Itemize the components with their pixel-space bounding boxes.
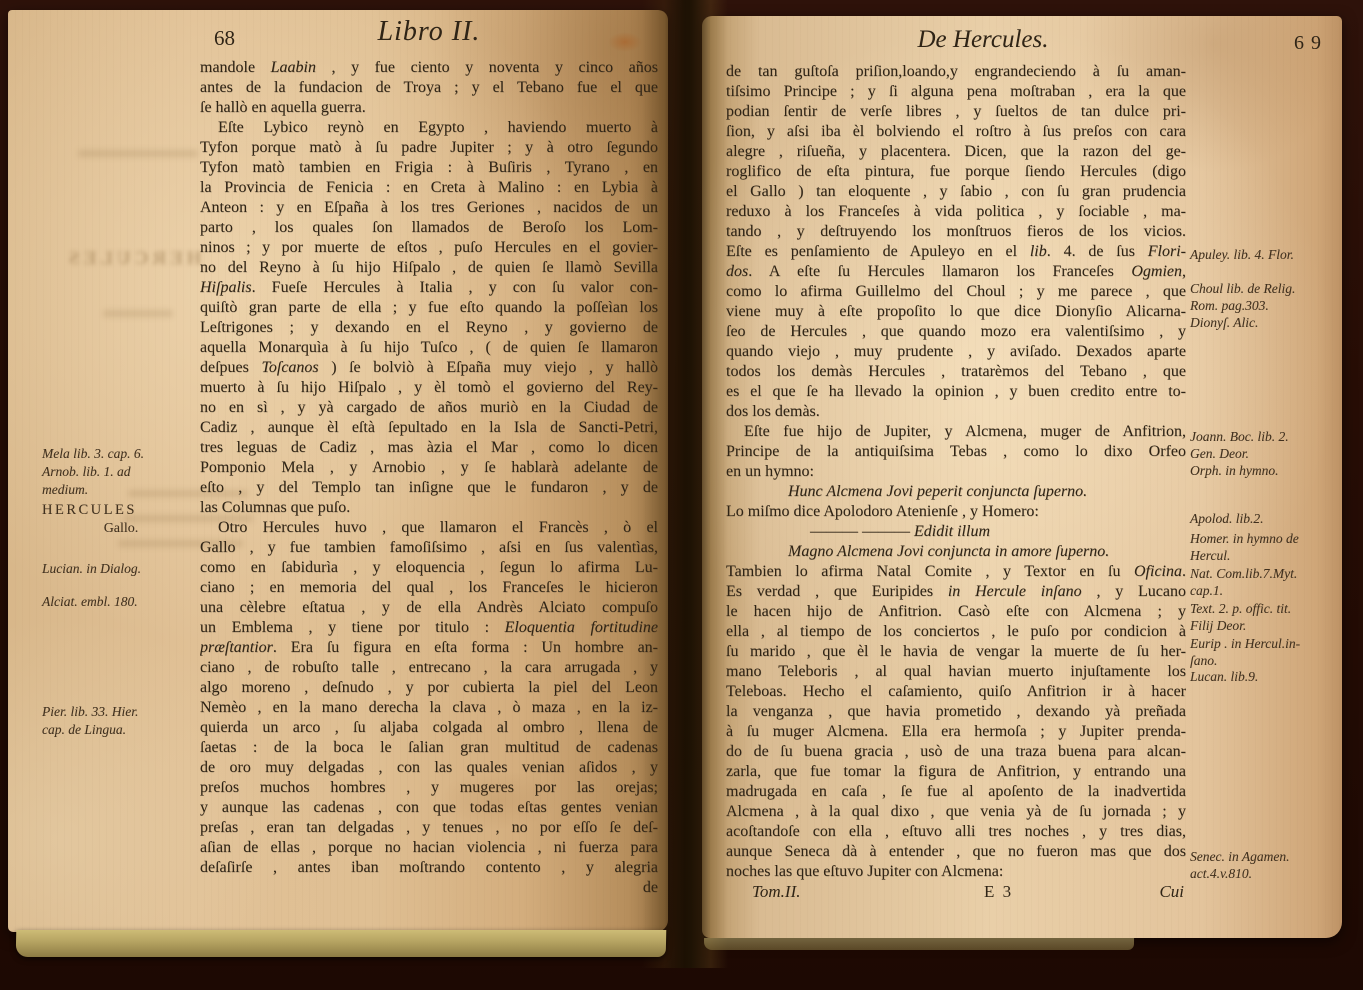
margin-note: Pier. lib. 33. Hier.cap. de Lingua.: [42, 703, 200, 739]
text-line: preſas , eran tan delgadas , y tenues , …: [200, 818, 658, 838]
text-line: aquella Monarquìa à ſu hijo Tuſco , ( de…: [200, 338, 658, 358]
page-footer: Tom.II. E 3 Cui: [726, 882, 1186, 904]
text-line: ciano ; en memoria del qual , los France…: [200, 578, 658, 598]
text-line: Cadiz , aunque èl eſtà ſepultado en la I…: [200, 418, 658, 438]
running-title: Libro II.: [200, 16, 658, 48]
text-line: aunque Seneca dà à entender , que no fue…: [726, 842, 1186, 862]
page-edge-stack-right: [704, 938, 1134, 950]
text-line: en un hymno:: [726, 462, 1186, 482]
text-line: Magno Alcmena Jovi conjuncta in amore ſu…: [726, 542, 1186, 562]
text-line: aſian de ellas , porque no hacian violen…: [200, 838, 658, 858]
text-line: dos. A eſte ſu Hercules llamaron los Fra…: [726, 262, 1186, 282]
text-line: madrugada en caſa , ſe fue al apoſento d…: [726, 782, 1186, 802]
show-through-mark: [103, 310, 173, 317]
show-through-mark: [78, 150, 198, 157]
margin-note-line: cap.1.: [1190, 582, 1342, 599]
text-line: Principe de la antiquiſsima Tebas , como…: [726, 442, 1186, 462]
margin-note-line: Eurip . in Hercul.in-: [1190, 635, 1342, 652]
text-line: antes de la fundacion de Troya ; y el Te…: [200, 78, 658, 98]
text-line: noches las que eſtuvo Jupiter con Alcmen…: [726, 862, 1186, 882]
text-line: Otro Hercules huvo , que llamaron el Fra…: [200, 518, 658, 538]
text-line: deſpues Toſcanos ) ſe bolviò à Eſpaña mu…: [200, 358, 658, 378]
text-line: tres leguas de Cadiz , mas àzia el Mar ,…: [200, 438, 658, 458]
text-line: Pomponio Mela , y Arnobio , y ſe hablarà…: [200, 458, 658, 478]
text-line: de oro muy delgadas , con las quales ven…: [200, 758, 658, 778]
text-line: Leſtrigones ; y dexando en el Reyno , y …: [200, 318, 658, 338]
text-line: præſtantior. Era ſu figura en eſta forma…: [200, 638, 658, 658]
text-line: ciano , de robuſto talle , entrecano , l…: [200, 658, 658, 678]
text-line: mandole Laabin , y fue ciento y noventa …: [200, 58, 658, 78]
text-line: ſu marido , que èl le havia de vengar la…: [726, 642, 1186, 662]
text-line: Eſte Lybico reynò en Egypto , haviendo m…: [200, 118, 658, 138]
text-line: es el que ſe ha llevado la opinion , y b…: [726, 382, 1186, 402]
text-line: le hacen hijo de Anfitrion. Casò eſte co…: [726, 602, 1186, 622]
text-line: la venganza , que havia prometido , dexa…: [726, 702, 1186, 722]
margin-note-line: Homer. in hymno de: [1190, 530, 1342, 547]
margin-note-line: act.4.v.810.: [1190, 865, 1342, 882]
text-line: tando , y deſtruyendo los monſtruos fier…: [726, 222, 1186, 242]
text-line: alegre , riſueña, y placentera. Dicen, q…: [726, 142, 1186, 162]
text-line: no en sì , y yà cargado de años muriò en…: [200, 398, 658, 418]
text-line: Lo miſmo dice Apolodoro Atenienſe , y Ho…: [726, 502, 1186, 522]
margin-note-line: Text. 2. p. offic. tit.: [1190, 600, 1342, 617]
text-line: no del Reyno à ſu hijo Hiſpalo , de quie…: [200, 258, 658, 278]
margin-note-line: Rom. pag.303.: [1190, 297, 1342, 314]
margin-note: Nat. Com.lib.7.Myt.cap.1.: [1190, 565, 1342, 599]
text-line: Anteon : y en Eſpaña à los tres Geriones…: [200, 198, 658, 218]
text-line: eſto , y del Templo tan inſigne que le f…: [200, 478, 658, 498]
text-line: reduxo à los Franceſes à vida politica ,…: [726, 202, 1186, 222]
text-line: el Gallo ) tan eloquente , y ſabio , con…: [726, 182, 1186, 202]
margin-note: Homer. in hymno deHercul.: [1190, 530, 1342, 564]
margin-note-line: ſano.: [1190, 652, 1342, 669]
show-through-text: HERCULES: [65, 248, 202, 270]
margin-note-line: Senec. in Agamen.: [1190, 848, 1342, 865]
text-line: Tyfon matò tambien en Frigia : à Buſiris…: [200, 158, 658, 178]
text-line: ſeo de Hercules , que quando mozo era va…: [726, 322, 1186, 342]
text-line: mano Teleboris , al qual havian muerto i…: [726, 662, 1186, 682]
catchword: Cui: [1159, 882, 1184, 902]
text-line: Alcmena , à la qual dixo , que venia yà …: [726, 802, 1186, 822]
text-line: una cèlebre eſtatua , y de ella Andrès A…: [200, 598, 658, 618]
text-line: la Provincia de Fenicia : en Creta à Mal…: [200, 178, 658, 198]
text-line: parto , los quales ſon llamados de Beroſ…: [200, 218, 658, 238]
text-line: Gallo , y fue tambien famoſiſsimo , aſsi…: [200, 538, 658, 558]
margin-note-line: Arnob. lib. 1. ad: [42, 463, 200, 481]
margin-note: Lucan. lib.9.: [1190, 668, 1342, 685]
text-line: ninos ; y por muerte de eſtos , puſo Her…: [200, 238, 658, 258]
photo-background: HERCULES 68 Libro II. mandole Laabin , y…: [0, 0, 1363, 990]
text-line: Tambien lo afirma Natal Comite , y Texto…: [726, 562, 1186, 582]
margin-note-line: Filij Deor.: [1190, 617, 1342, 634]
right-page: De Hercules. 69 de tan guſtoſa priſion,l…: [702, 16, 1342, 938]
margin-note-line: Hercul.: [1190, 547, 1342, 564]
margin-note: Apolod. lib.2.: [1190, 510, 1342, 527]
text-line: Hunc Alcmena Jovi peperit conjuncta ſupe…: [726, 482, 1186, 502]
margin-note-line: Dionyſ. Alic.: [1190, 314, 1342, 331]
page-number: 69: [1294, 32, 1328, 55]
margin-note-line: Gen. Deor.: [1190, 445, 1342, 462]
text-line: tiſsimo Principe ; y ſi alguna pena moſt…: [726, 82, 1186, 102]
text-line: podian ſentir de verſe libres , y ſuelto…: [726, 102, 1186, 122]
text-line: viene muy à eſte propoſito lo que dice D…: [726, 302, 1186, 322]
text-line: como en ſabidurìa , y eloquencia , ſegun…: [200, 558, 658, 578]
text-line: de tan guſtoſa priſion,loando,y engrande…: [726, 62, 1186, 82]
page-edge-stack-left: [16, 930, 667, 957]
body-text-right: de tan guſtoſa priſion,loando,y engrande…: [726, 62, 1186, 882]
text-line: Hiſpalis. Fueſe Hercules à Italia , y co…: [200, 278, 658, 298]
margin-note-line: Lucan. lib.9.: [1190, 668, 1342, 685]
running-title: De Hercules.: [726, 26, 1186, 54]
text-line: como lo afirma Guillelmo del Choul ; y m…: [726, 282, 1186, 302]
margin-note-line: Apuley. lib. 4. Flor.: [1190, 246, 1342, 263]
text-line: Es verdad , que Euripides in Hercule inſ…: [726, 582, 1186, 602]
text-line: à ſu muger Alcmena. Ella era hermoſa ; y…: [726, 722, 1186, 742]
text-line: muerto à ſu hijo Hiſpalo , y èl tomò el …: [200, 378, 658, 398]
text-line: Nemèo , en la mano derecha la clava , ò …: [200, 698, 658, 718]
margin-note: Apuley. lib. 4. Flor.: [1190, 246, 1342, 263]
text-line: Eſte fue hijo de Jupiter, y Alcmena, mug…: [726, 422, 1186, 442]
text-line: ——— ——— Edidit illum: [726, 522, 1186, 542]
margin-note-line: Nat. Com.lib.7.Myt.: [1190, 565, 1342, 582]
left-page: HERCULES 68 Libro II. mandole Laabin , y…: [8, 10, 668, 932]
text-line: ella , al tiempo de los conciertos , le …: [726, 622, 1186, 642]
text-line: Eſte es penſamiento de Apuleyo en el lib…: [726, 242, 1186, 262]
text-line: algo moreno , deſnudo , y por cubierta l…: [200, 678, 658, 698]
text-line: zarla, que fue tomar la figura de Anfitr…: [726, 762, 1186, 782]
margin-note-line: cap. de Lingua.: [42, 721, 200, 739]
text-line: Teleboas. Hecho el caſamiento, quiſo Anf…: [726, 682, 1186, 702]
text-line: un Emblema , y tiene por titulo : Eloque…: [200, 618, 658, 638]
text-line: ſion, y aſsi iba èl bolviendo el roſtro …: [726, 122, 1186, 142]
text-line: ſaetas : de la boca le ſalian gran multi…: [200, 738, 658, 758]
book-photo: { "palette": { "paper_left": "#ddbd92", …: [0, 0, 1363, 990]
margin-note: Senec. in Agamen.act.4.v.810.: [1190, 848, 1342, 882]
tome-label: Tom.II.: [752, 882, 801, 902]
text-line: preſos muchos hombres , y mugeres por la…: [200, 778, 658, 798]
margin-note-line: Alciat. embl. 180.: [42, 593, 200, 611]
margin-note: Lucian. in Dialog.: [42, 560, 200, 578]
margin-note: Text. 2. p. offic. tit.Filij Deor.: [1190, 600, 1342, 634]
text-line: ſe hallò en aquella guerra.: [200, 98, 658, 118]
margin-note-line: Mela lib. 3. cap. 6.: [42, 445, 200, 463]
margin-note: Eurip . in Hercul.in-ſano.: [1190, 635, 1342, 669]
margin-note-line: Gallo.: [42, 520, 200, 538]
text-line: todos los demàs Hercules , tratarèmos de…: [726, 362, 1186, 382]
margin-note-line: Pier. lib. 33. Hier.: [42, 703, 200, 721]
text-line: dos los demàs.: [726, 402, 1186, 422]
margin-note-line: Choul lib. de Relig.: [1190, 280, 1342, 297]
text-line: do de ſu buena gracia , usò de una traza…: [726, 742, 1186, 762]
text-line: las Columnas que puſo.: [200, 498, 658, 518]
text-line: deſaſirſe , antes iban moſtrando content…: [200, 858, 658, 878]
text-line: quierda un arco , ſu aljaba colgada al o…: [200, 718, 658, 738]
text-line: acoſtandoſe con ella , eſtuvo alli tres …: [726, 822, 1186, 842]
text-line: roglifico de eſta pintura, fue porque ſi…: [726, 162, 1186, 182]
text-line: quiſtò gran parte de ella ; y fue eſto q…: [200, 298, 658, 318]
text-line: Tyfon porque matò à ſu padre Jupiter ; y…: [200, 138, 658, 158]
margin-note-line: Orph. in hymno.: [1190, 462, 1342, 479]
signature-mark: E 3: [984, 882, 1013, 902]
margin-note-line: Joann. Boc. lib. 2.: [1190, 428, 1342, 445]
margin-note-line: Apolod. lib.2.: [1190, 510, 1342, 527]
text-line: quando viejo , muy prudente , y aviſado.…: [726, 342, 1186, 362]
margin-note: Choul lib. de Relig.Rom. pag.303.Dionyſ.…: [1190, 280, 1342, 331]
body-text-left: mandole Laabin , y fue ciento y noventa …: [200, 58, 658, 898]
margin-note-line: Lucian. in Dialog.: [42, 560, 200, 578]
text-line: y aunque las cadenas , con que todas eſt…: [200, 798, 658, 818]
margin-note: Joann. Boc. lib. 2.Gen. Deor.Orph. in hy…: [1190, 428, 1342, 479]
margin-note: Alciat. embl. 180.: [42, 593, 200, 611]
text-line: de: [200, 878, 658, 898]
